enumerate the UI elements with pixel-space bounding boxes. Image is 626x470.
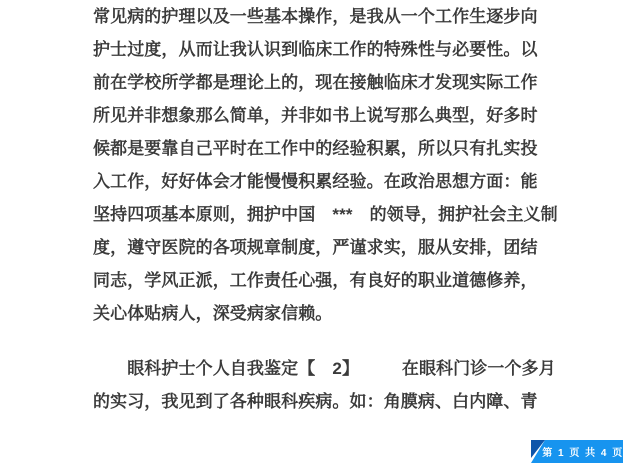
page-number-badge: 第 1 页 共 4 页 [531, 440, 623, 463]
paragraph-2: 眼科护士个人自我鉴定【 2】 在眼科门诊一个多月 的实习，我见到了各种眼科疾病。… [93, 352, 533, 418]
text-line: 关心体贴病人，深受病家信赖。 [93, 297, 533, 330]
text-line: 度，遵守医院的各项规章制度，严谨求实，服从安排，团结 [93, 231, 533, 264]
text-line: 坚持四项基本原则，拥护中国 *** 的领导，拥护社会主义制 [93, 198, 533, 231]
text-line: 候都是要靠自己平时在工作中的经验积累，所以只有扎实投 [93, 132, 533, 165]
document-body: 常见病的护理以及一些基本操作，是我从一个工作生逐步向 护士过度，从而让我认识到临… [93, 0, 533, 418]
text-line: 前在学校所学都是理论上的，现在接触临床才发现实际工作 [93, 66, 533, 99]
text-line: 护士过度，从而让我认识到临床工作的特殊性与必要性。以 [93, 33, 533, 66]
text-line: 眼科护士个人自我鉴定【 2】 在眼科门诊一个多月 [93, 352, 533, 385]
text-line: 常见病的护理以及一些基本操作，是我从一个工作生逐步向 [93, 0, 533, 33]
text-line: 同志，学风正派，工作责任心强，有良好的职业道德修养， [93, 264, 533, 297]
document-page: 常见病的护理以及一些基本操作，是我从一个工作生逐步向 护士过度，从而让我认识到临… [0, 0, 626, 470]
page-indicator-label: 第 1 页 共 4 页 [543, 440, 623, 463]
text-line: 的实习，我见到了各种眼科疾病。如：角膜病、白内障、青 [93, 385, 533, 418]
paragraph-1: 常见病的护理以及一些基本操作，是我从一个工作生逐步向 护士过度，从而让我认识到临… [93, 0, 533, 330]
text-line: 所见并非想象那么简单，并非如书上说写那么典型，好多时 [93, 99, 533, 132]
text-line: 入工作，好好体会才能慢慢积累经验。在政治思想方面：能 [93, 165, 533, 198]
